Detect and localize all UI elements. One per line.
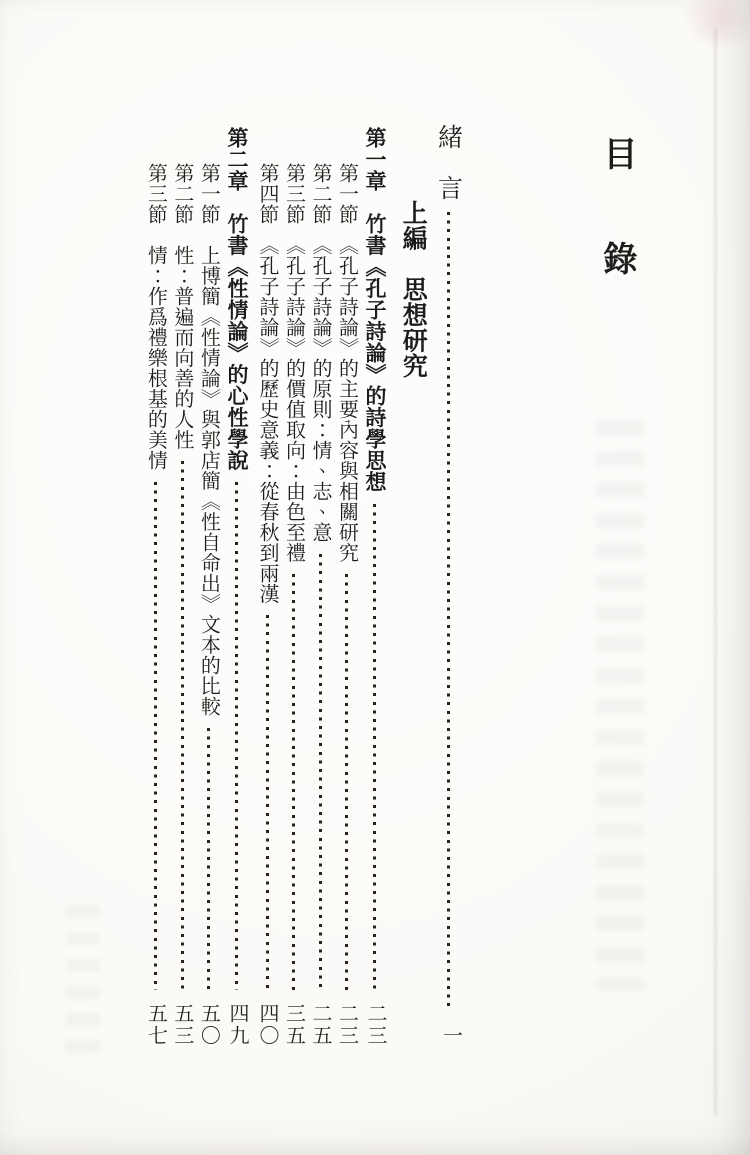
toc-entry-page-number: 二三 [336, 1003, 357, 1047]
ink-bleedthrough-ghost [66, 905, 100, 1055]
toc-entry: 第二章 竹書《性情論》的心性學說 四九 [226, 124, 248, 1047]
toc-entry-title: 第三節 《孔子詩論》的價值取向：由色至禮 [283, 163, 304, 563]
toc-entry: 上編 思想研究 [400, 124, 426, 1047]
toc-entry: 緒 言 一 [435, 124, 461, 1047]
page-crease-line [714, 28, 717, 1115]
book-page: 目 錄 緒 言 一 上編 思想研究 第一章 竹書《孔子詩論》的詩學思想 二三 第… [0, 0, 750, 1155]
toc-entry-title: 緒 言 [435, 124, 461, 201]
dot-leader [447, 212, 450, 1013]
dot-leader [373, 504, 376, 991]
toc-entry-page-number: 二五 [310, 1003, 331, 1047]
toc-entry-title: 第三節 情：作爲禮樂根基的美情 [145, 163, 166, 471]
toc-entry-title: 第一章 竹書《孔子詩論》的詩學思想 [364, 127, 386, 493]
toc-entry-page-number: 四九 [226, 1003, 248, 1047]
toc-entry: 第三節 《孔子詩論》的價值取向：由色至禮 三五 [283, 124, 304, 1047]
dot-leader [235, 482, 238, 990]
toc-entry-page-number: 五七 [145, 1003, 166, 1047]
toc-entry: 第一章 竹書《孔子詩論》的詩學思想 二三 [364, 124, 386, 1047]
toc-entry: 第一節 《孔子詩論》的主要內容與相關研究 二三 [336, 124, 357, 1047]
dot-leader [154, 482, 157, 991]
dot-leader [266, 615, 269, 990]
toc-entry: 第二節 性：普遍而向善的人性 五三 [172, 124, 193, 1047]
toc-entry-page-number: 五〇 [198, 1003, 219, 1047]
toc-entry-page-number: 二三 [364, 1003, 386, 1047]
toc-entry-title: 第二節 《孔子詩論》的原則：情、志、意 [310, 163, 331, 543]
dot-leader [181, 461, 184, 990]
toc-entry: 第一節 上博簡《性情論》與郭店簡《性自命出》文本的比較 五〇 [198, 124, 219, 1047]
toc-entry: 第二節 《孔子詩論》的原則：情、志、意 二五 [310, 124, 331, 1047]
toc-entry-page-number: 四〇 [257, 1003, 278, 1047]
toc-entry-title: 第四節 《孔子詩論》的歷史意義：從春秋到兩漢 [257, 163, 278, 604]
toc-entry-title: 第二節 性：普遍而向善的人性 [172, 163, 193, 450]
page-title: 目 錄 [600, 136, 634, 276]
toc-entry: 第四節 《孔子詩論》的歷史意義：從春秋到兩漢 四〇 [257, 124, 278, 1047]
dot-leader [292, 574, 295, 990]
toc-entry-title: 第一節 上博簡《性情論》與郭店簡《性自命出》文本的比較 [198, 163, 219, 717]
toc-entry-title: 上編 思想研究 [400, 200, 426, 379]
dot-leader [345, 574, 348, 990]
toc-entry-page-number: 一 [435, 1025, 461, 1047]
toc-entry: 第三節 情：作爲禮樂根基的美情 五七 [145, 124, 166, 1047]
toc: 緒 言 一 上編 思想研究 第一章 竹書《孔子詩論》的詩學思想 二三 第一節 《… [140, 124, 466, 1047]
toc-entry-title: 第二章 竹書《性情論》的心性學說 [226, 127, 248, 471]
toc-entry-page-number: 三五 [283, 1003, 304, 1047]
toc-entry-page-number: 五三 [172, 1003, 193, 1047]
dot-leader [207, 728, 210, 991]
toc-entry-title: 第一節 《孔子詩論》的主要內容與相關研究 [336, 163, 357, 563]
dot-leader [319, 554, 322, 991]
dot-leader [412, 390, 415, 1035]
ink-bleedthrough-ghost [596, 420, 644, 990]
